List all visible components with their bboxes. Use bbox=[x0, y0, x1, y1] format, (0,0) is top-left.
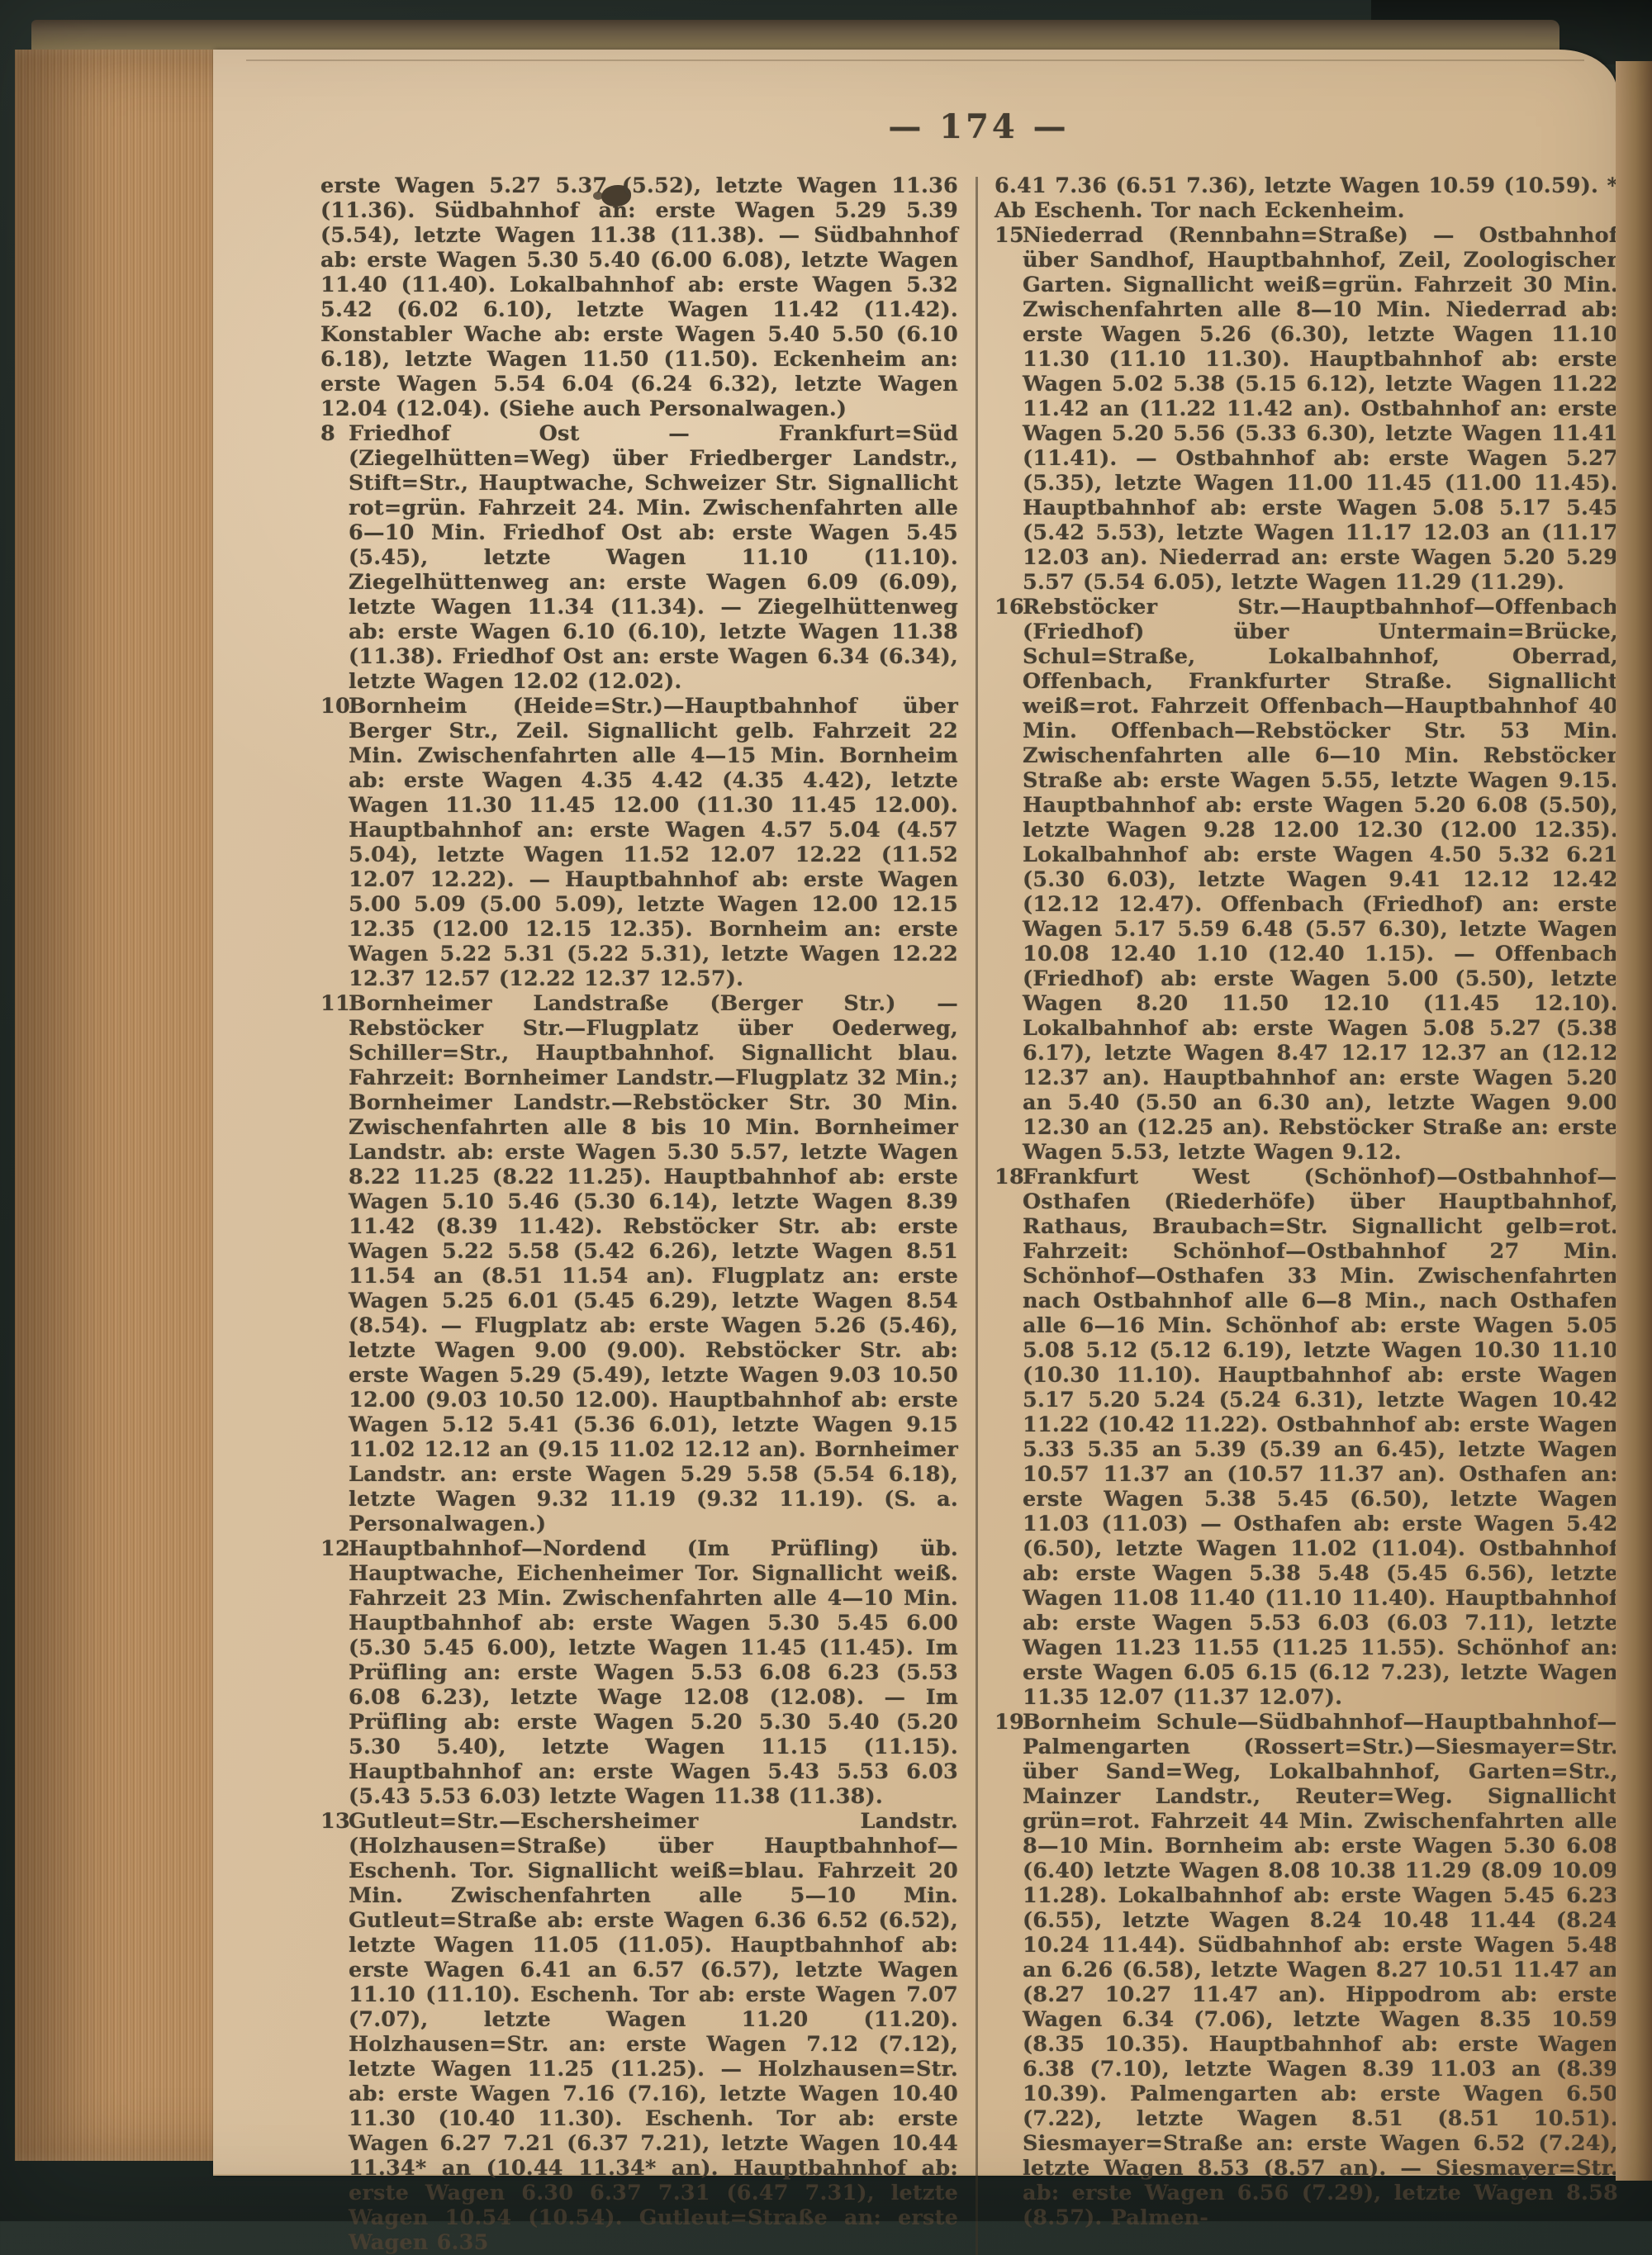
entry-text: Frankfurt West (Schönhof)—Ostbahnhof—Ost… bbox=[1023, 1165, 1618, 1710]
column-divider bbox=[976, 177, 978, 2221]
entry-text: Bornheim (Heide=Str.)—Hauptbahnhof über … bbox=[349, 694, 958, 991]
entry-text: Hauptbahnhof—Nordend (Im Prüfling) üb. H… bbox=[349, 1536, 958, 1809]
timetable-entry: 16Rebstöcker Str.—Hauptbahnhof—Offenbach… bbox=[995, 595, 1618, 1165]
entry-text: Bornheimer Landstraße (Berger Str.) — Re… bbox=[349, 991, 958, 1536]
entry-text: 6.41 7.36 (6.51 7.36), letzte Wagen 10.5… bbox=[995, 173, 1618, 223]
entry-number: 15 bbox=[995, 223, 1016, 248]
page-top-edge-line bbox=[246, 59, 1584, 61]
entry-number: 10 bbox=[320, 694, 342, 719]
entry-text: Friedhof Ost — Frankfurt=Süd (Ziegelhütt… bbox=[349, 421, 958, 694]
entry-number: 12 bbox=[320, 1536, 342, 1561]
scanned-book-photo: — 174 — erste Wagen 5.27 5.37 (5.52), le… bbox=[0, 0, 1652, 2221]
entry-number: 18 bbox=[995, 1165, 1016, 1189]
timetable-entry: 12Hauptbahnhof—Nordend (Im Prüfling) üb.… bbox=[320, 1536, 958, 1809]
entry-text: Niederrad (Rennbahn=Straße) — Ostbahnhof… bbox=[1023, 223, 1618, 595]
page-number: — 174 — bbox=[855, 107, 1103, 146]
timetable-entry: 6.41 7.36 (6.51 7.36), letzte Wagen 10.5… bbox=[995, 173, 1618, 223]
timetable-entry: 18Frankfurt West (Schönhof)—Ostbahnhof—O… bbox=[995, 1165, 1618, 1710]
timetable-entry: 15Niederrad (Rennbahn=Straße) — Ostbahnh… bbox=[995, 223, 1618, 595]
right-column: 6.41 7.36 (6.51 7.36), letzte Wagen 10.5… bbox=[995, 173, 1618, 2221]
timetable-entry: 8Friedhof Ost — Frankfurt=Süd (Ziegelhüt… bbox=[320, 421, 958, 694]
timetable-entry: 10Bornheim (Heide=Str.)—Hauptbahnhof übe… bbox=[320, 694, 958, 991]
underlying-page-edge bbox=[1616, 61, 1652, 2181]
book-top-edge bbox=[31, 20, 1559, 53]
entry-text: Bornheim Schule—Südbahnhof—Hauptbahnhof—… bbox=[1023, 1710, 1618, 2221]
entry-number: 8 bbox=[320, 421, 342, 446]
entry-number: 13 bbox=[320, 1809, 342, 1834]
entry-text: Rebstöcker Str.—Hauptbahnhof—Offenbach (… bbox=[1023, 595, 1618, 1165]
text-columns: erste Wagen 5.27 5.37 (5.52), letzte Wag… bbox=[320, 173, 1619, 2221]
entry-text: Gutleut=Str.—Eschersheimer Landstr. (Hol… bbox=[349, 1809, 958, 2221]
book-page: — 174 — erste Wagen 5.27 5.37 (5.52), le… bbox=[213, 50, 1617, 2176]
entry-number: 19 bbox=[995, 1710, 1016, 1735]
timetable-entry: 13Gutleut=Str.—Eschersheimer Landstr. (H… bbox=[320, 1809, 958, 2221]
entry-number: 11 bbox=[320, 991, 342, 1016]
timetable-entry: 19Bornheim Schule—Südbahnhof—Hauptbahnho… bbox=[995, 1710, 1618, 2221]
left-column: erste Wagen 5.27 5.37 (5.52), letzte Wag… bbox=[320, 173, 958, 2221]
timetable-entry: erste Wagen 5.27 5.37 (5.52), letzte Wag… bbox=[320, 173, 958, 421]
timetable-entry: 11Bornheimer Landstraße (Berger Str.) — … bbox=[320, 991, 958, 1536]
entry-number: 16 bbox=[995, 595, 1016, 620]
entry-text: erste Wagen 5.27 5.37 (5.52), letzte Wag… bbox=[320, 173, 958, 421]
